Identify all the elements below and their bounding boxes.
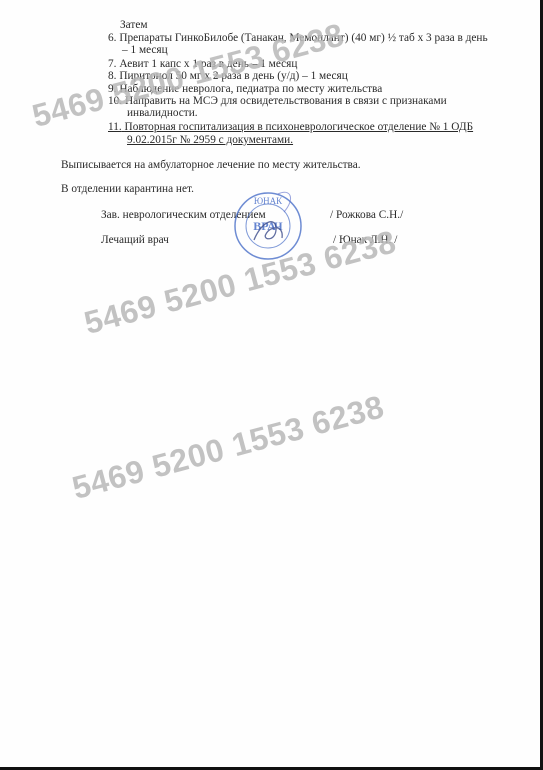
discharge-text: Выписывается на амбулаторное лечение по …	[61, 159, 361, 171]
svg-text:ЮНАК: ЮНАК	[254, 196, 283, 206]
intro-text: Затем	[120, 19, 147, 31]
item-number: 7.	[108, 58, 116, 70]
item-number: 11.	[108, 121, 122, 133]
list-item-10-cont: инвалидности.	[127, 107, 198, 119]
quarantine-text: В отделении карантина нет.	[61, 183, 194, 195]
list-item-11-cont: 9.02.2015г № 2959 с документами.	[127, 134, 293, 146]
watermark: 5469 5200 1553 6238	[68, 388, 388, 507]
item-number: 6.	[108, 32, 116, 44]
signature-name-head: / Рожкова С.Н./	[330, 209, 403, 221]
item-text: Повторная госпитализация в психоневролог…	[125, 121, 474, 133]
list-item-11: 11. Повторная госпитализация в психоневр…	[108, 121, 473, 133]
signature-role-doctor: Лечащий врач	[101, 234, 169, 246]
list-item-6-cont: – 1 месяц	[122, 44, 168, 56]
document-page: Затем 6. Препараты ГинкоБилобе (Танакан,…	[0, 0, 543, 770]
